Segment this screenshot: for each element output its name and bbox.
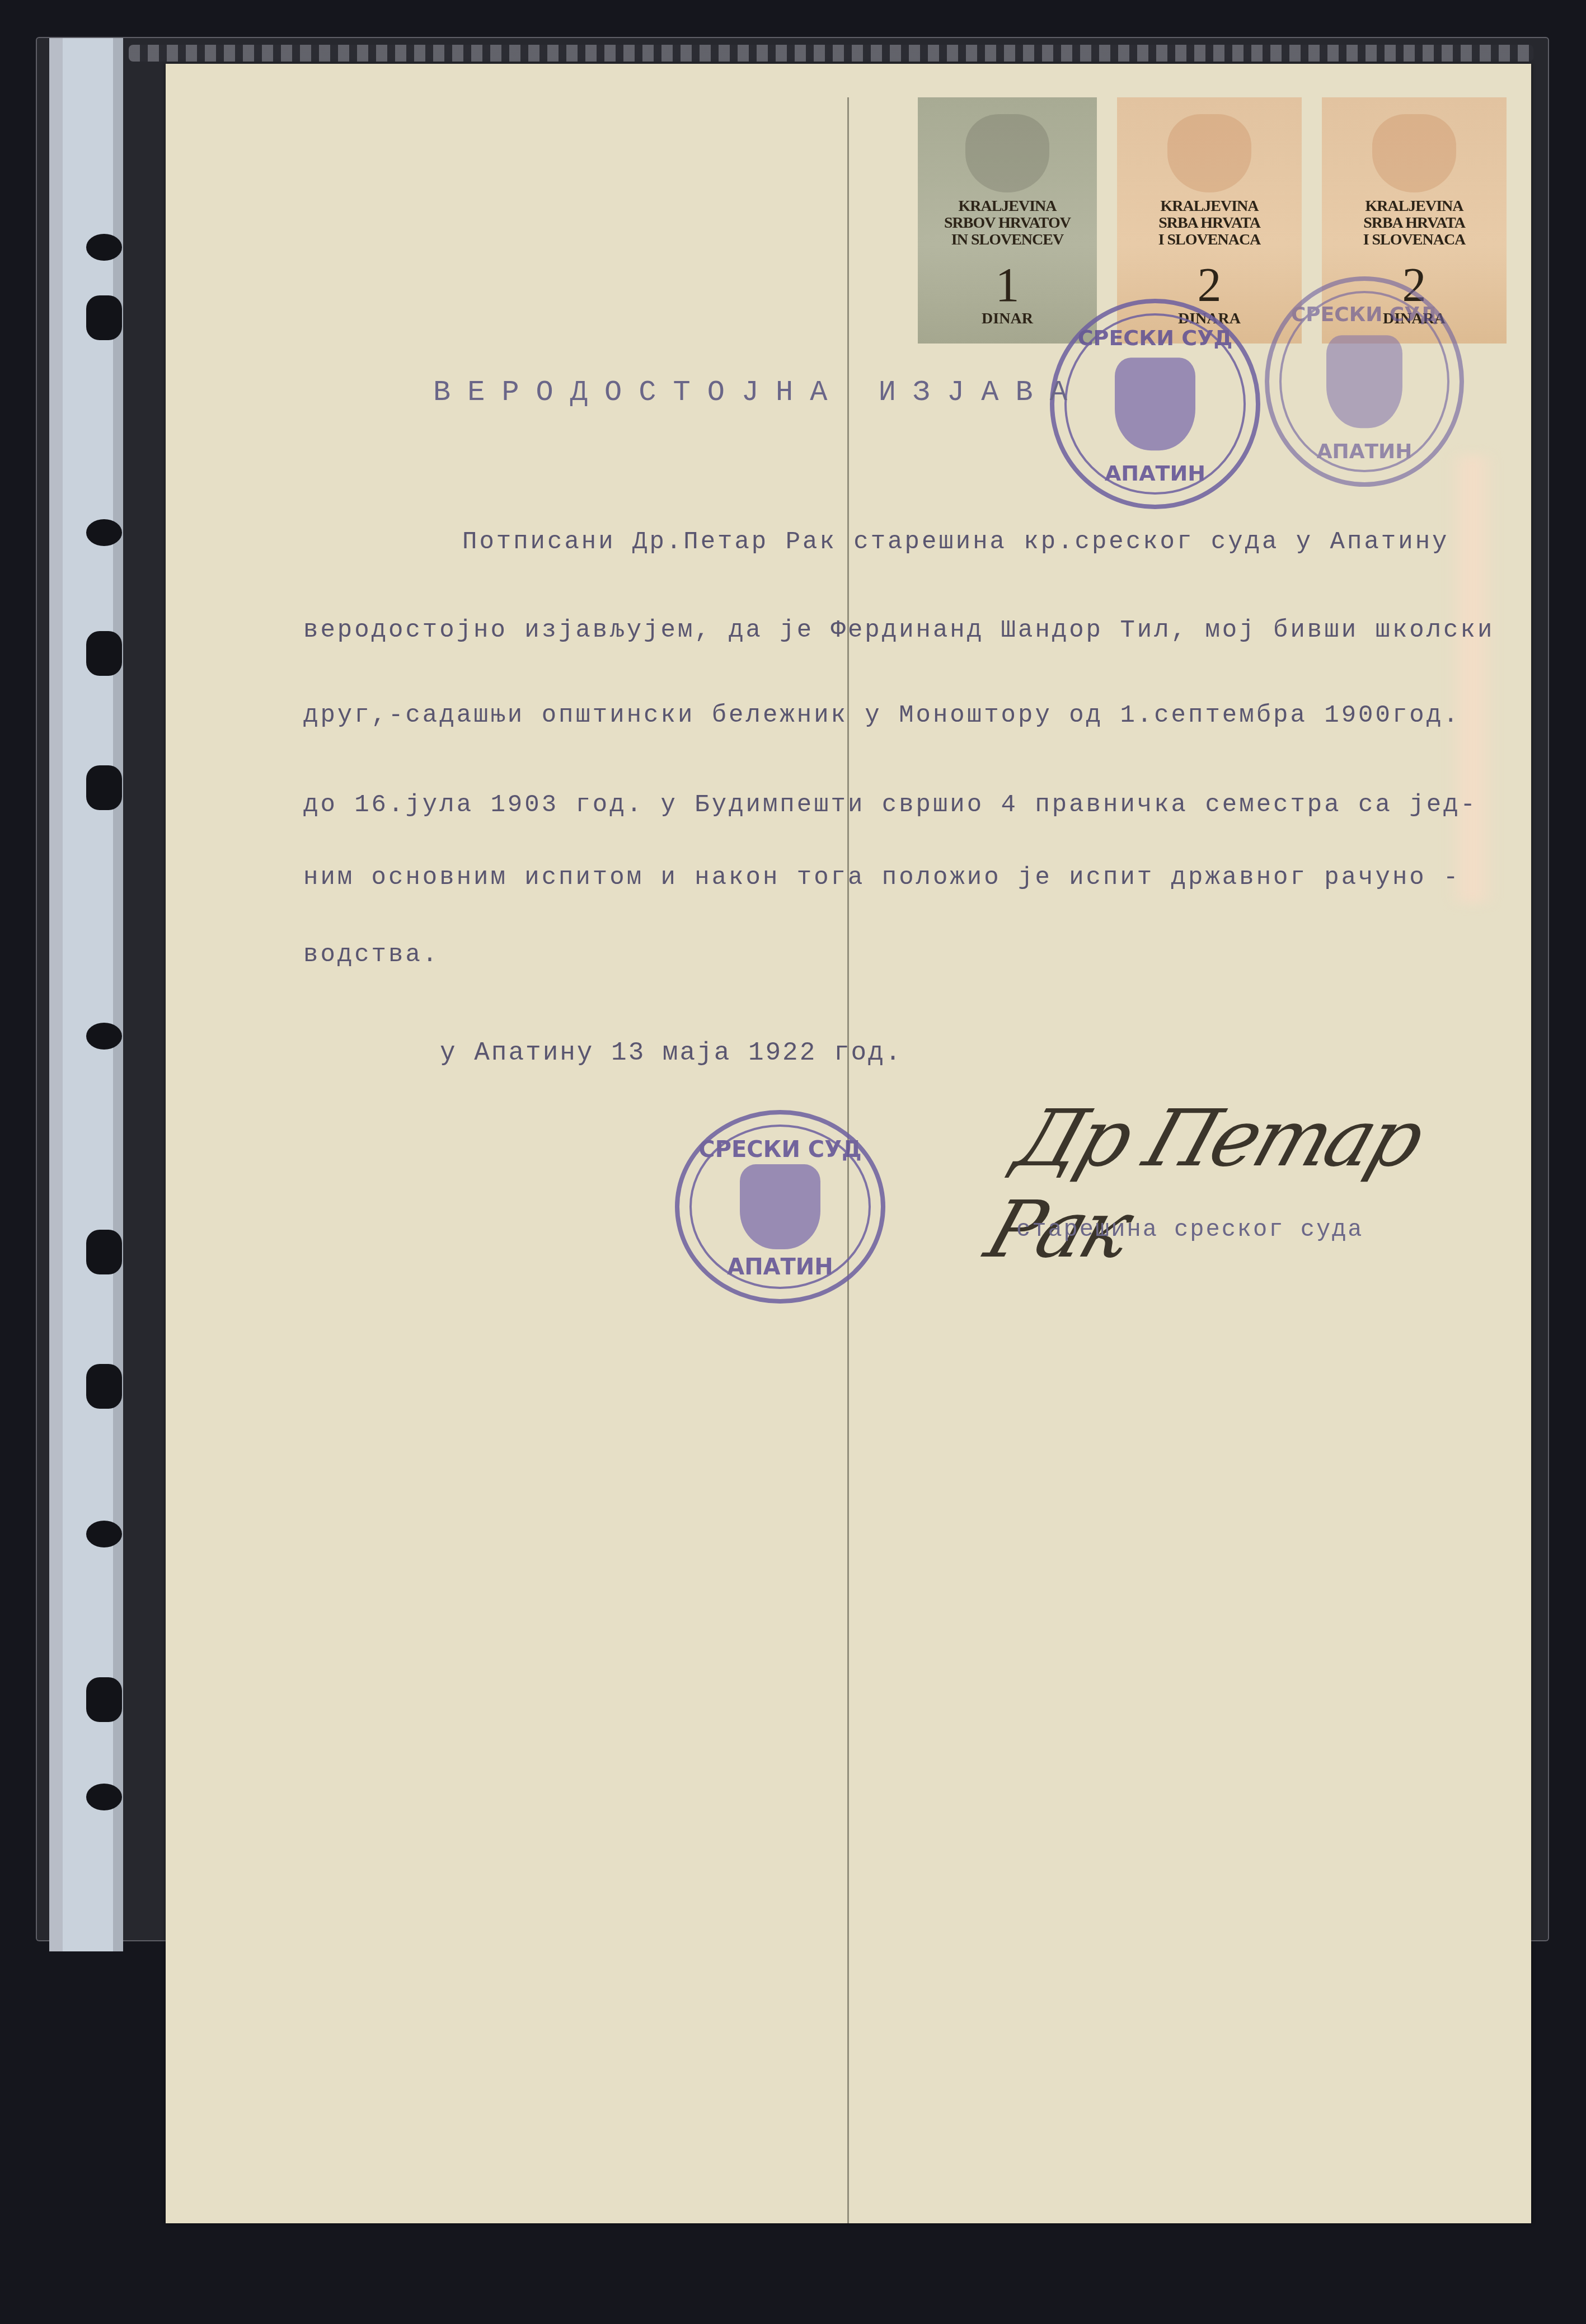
- body-line: друг,-садашњи општински бележник у Монош…: [303, 702, 1461, 730]
- stamp-text: KRALJEVINA: [1322, 198, 1507, 215]
- body-line: водства.: [303, 941, 439, 969]
- court-seal: СРЕСКИ СУД АПАТИН: [1265, 276, 1464, 487]
- seal-bottom-text: АПАТИН: [1054, 461, 1256, 486]
- stamp-text: I SLOVENACA: [1117, 232, 1302, 248]
- seal-bottom-text: АПАТИН: [679, 1254, 881, 1280]
- punch-hole: [86, 295, 122, 340]
- court-seal: СРЕСКИ СУД АПАТИН: [675, 1110, 885, 1304]
- stamp-text: SRBOV HRVATOV: [918, 215, 1097, 232]
- punch-hole: [86, 234, 122, 261]
- punch-hole: [86, 1677, 122, 1722]
- seal-top-text: СРЕСКИ СУД: [1054, 326, 1256, 350]
- stamp-value: 1: [918, 260, 1097, 310]
- binder-strip: [49, 38, 123, 1951]
- punch-hole: [86, 1230, 122, 1274]
- signer-title: старешина среског суда: [1016, 1216, 1364, 1243]
- seal-top-text: СРЕСКИ СУД: [1269, 303, 1460, 326]
- stamp-text: IN SLOVENCEV: [918, 232, 1097, 248]
- place-and-date: у Апатину 13 маја 1922 год.: [440, 1038, 902, 1067]
- document-title: ВЕРОДОСТОЈНА ИЗЈАВА: [433, 376, 1084, 409]
- stamp-text: KRALJEVINA: [918, 198, 1097, 215]
- seal-top-text: СРЕСКИ СУД: [679, 1137, 881, 1163]
- punch-hole: [86, 631, 122, 676]
- punch-hole: [86, 1521, 122, 1547]
- punch-hole: [86, 519, 122, 546]
- punch-hole: [86, 1023, 122, 1050]
- seal-bottom-text: АПАТИН: [1269, 440, 1460, 463]
- punch-hole: [86, 1784, 122, 1810]
- document-paper: KRALJEVINA SRBOV HRVATOV IN SLOVENCEV 1 …: [166, 64, 1531, 2223]
- body-line: веродостојно изјављујем, да је Фердинанд…: [303, 617, 1494, 644]
- stamp-text: SRBA HRVATA: [1117, 215, 1302, 232]
- punch-hole: [86, 1364, 122, 1409]
- eagle-emblem-icon: [1372, 114, 1456, 192]
- body-line: Потписани Др.Петар Рак старешина кр.срес…: [462, 528, 1449, 556]
- sleeve-top-seam: [129, 45, 1533, 62]
- stamp-text: KRALJEVINA: [1117, 198, 1302, 215]
- coat-of-arms-icon: [740, 1164, 820, 1249]
- stamp-text: SRBA HRVATA: [1322, 215, 1507, 232]
- coat-of-arms-icon: [1326, 335, 1402, 428]
- handwritten-signature: Др Петар Рак: [975, 1093, 1561, 1276]
- coat-of-arms-icon: [1115, 357, 1195, 450]
- punch-hole: [86, 765, 122, 810]
- eagle-emblem-icon: [965, 114, 1049, 192]
- eagle-emblem-icon: [1167, 114, 1251, 192]
- body-line: до 16.јула 1903 год. у Будимпешти свршио…: [303, 791, 1477, 819]
- stamp-text: I SLOVENACA: [1322, 232, 1507, 248]
- revenue-stamp-1-dinar: KRALJEVINA SRBOV HRVATOV IN SLOVENCEV 1 …: [918, 97, 1097, 344]
- body-line: ним основним испитом и након тога положи…: [303, 864, 1461, 892]
- light-glare: [1447, 455, 1498, 903]
